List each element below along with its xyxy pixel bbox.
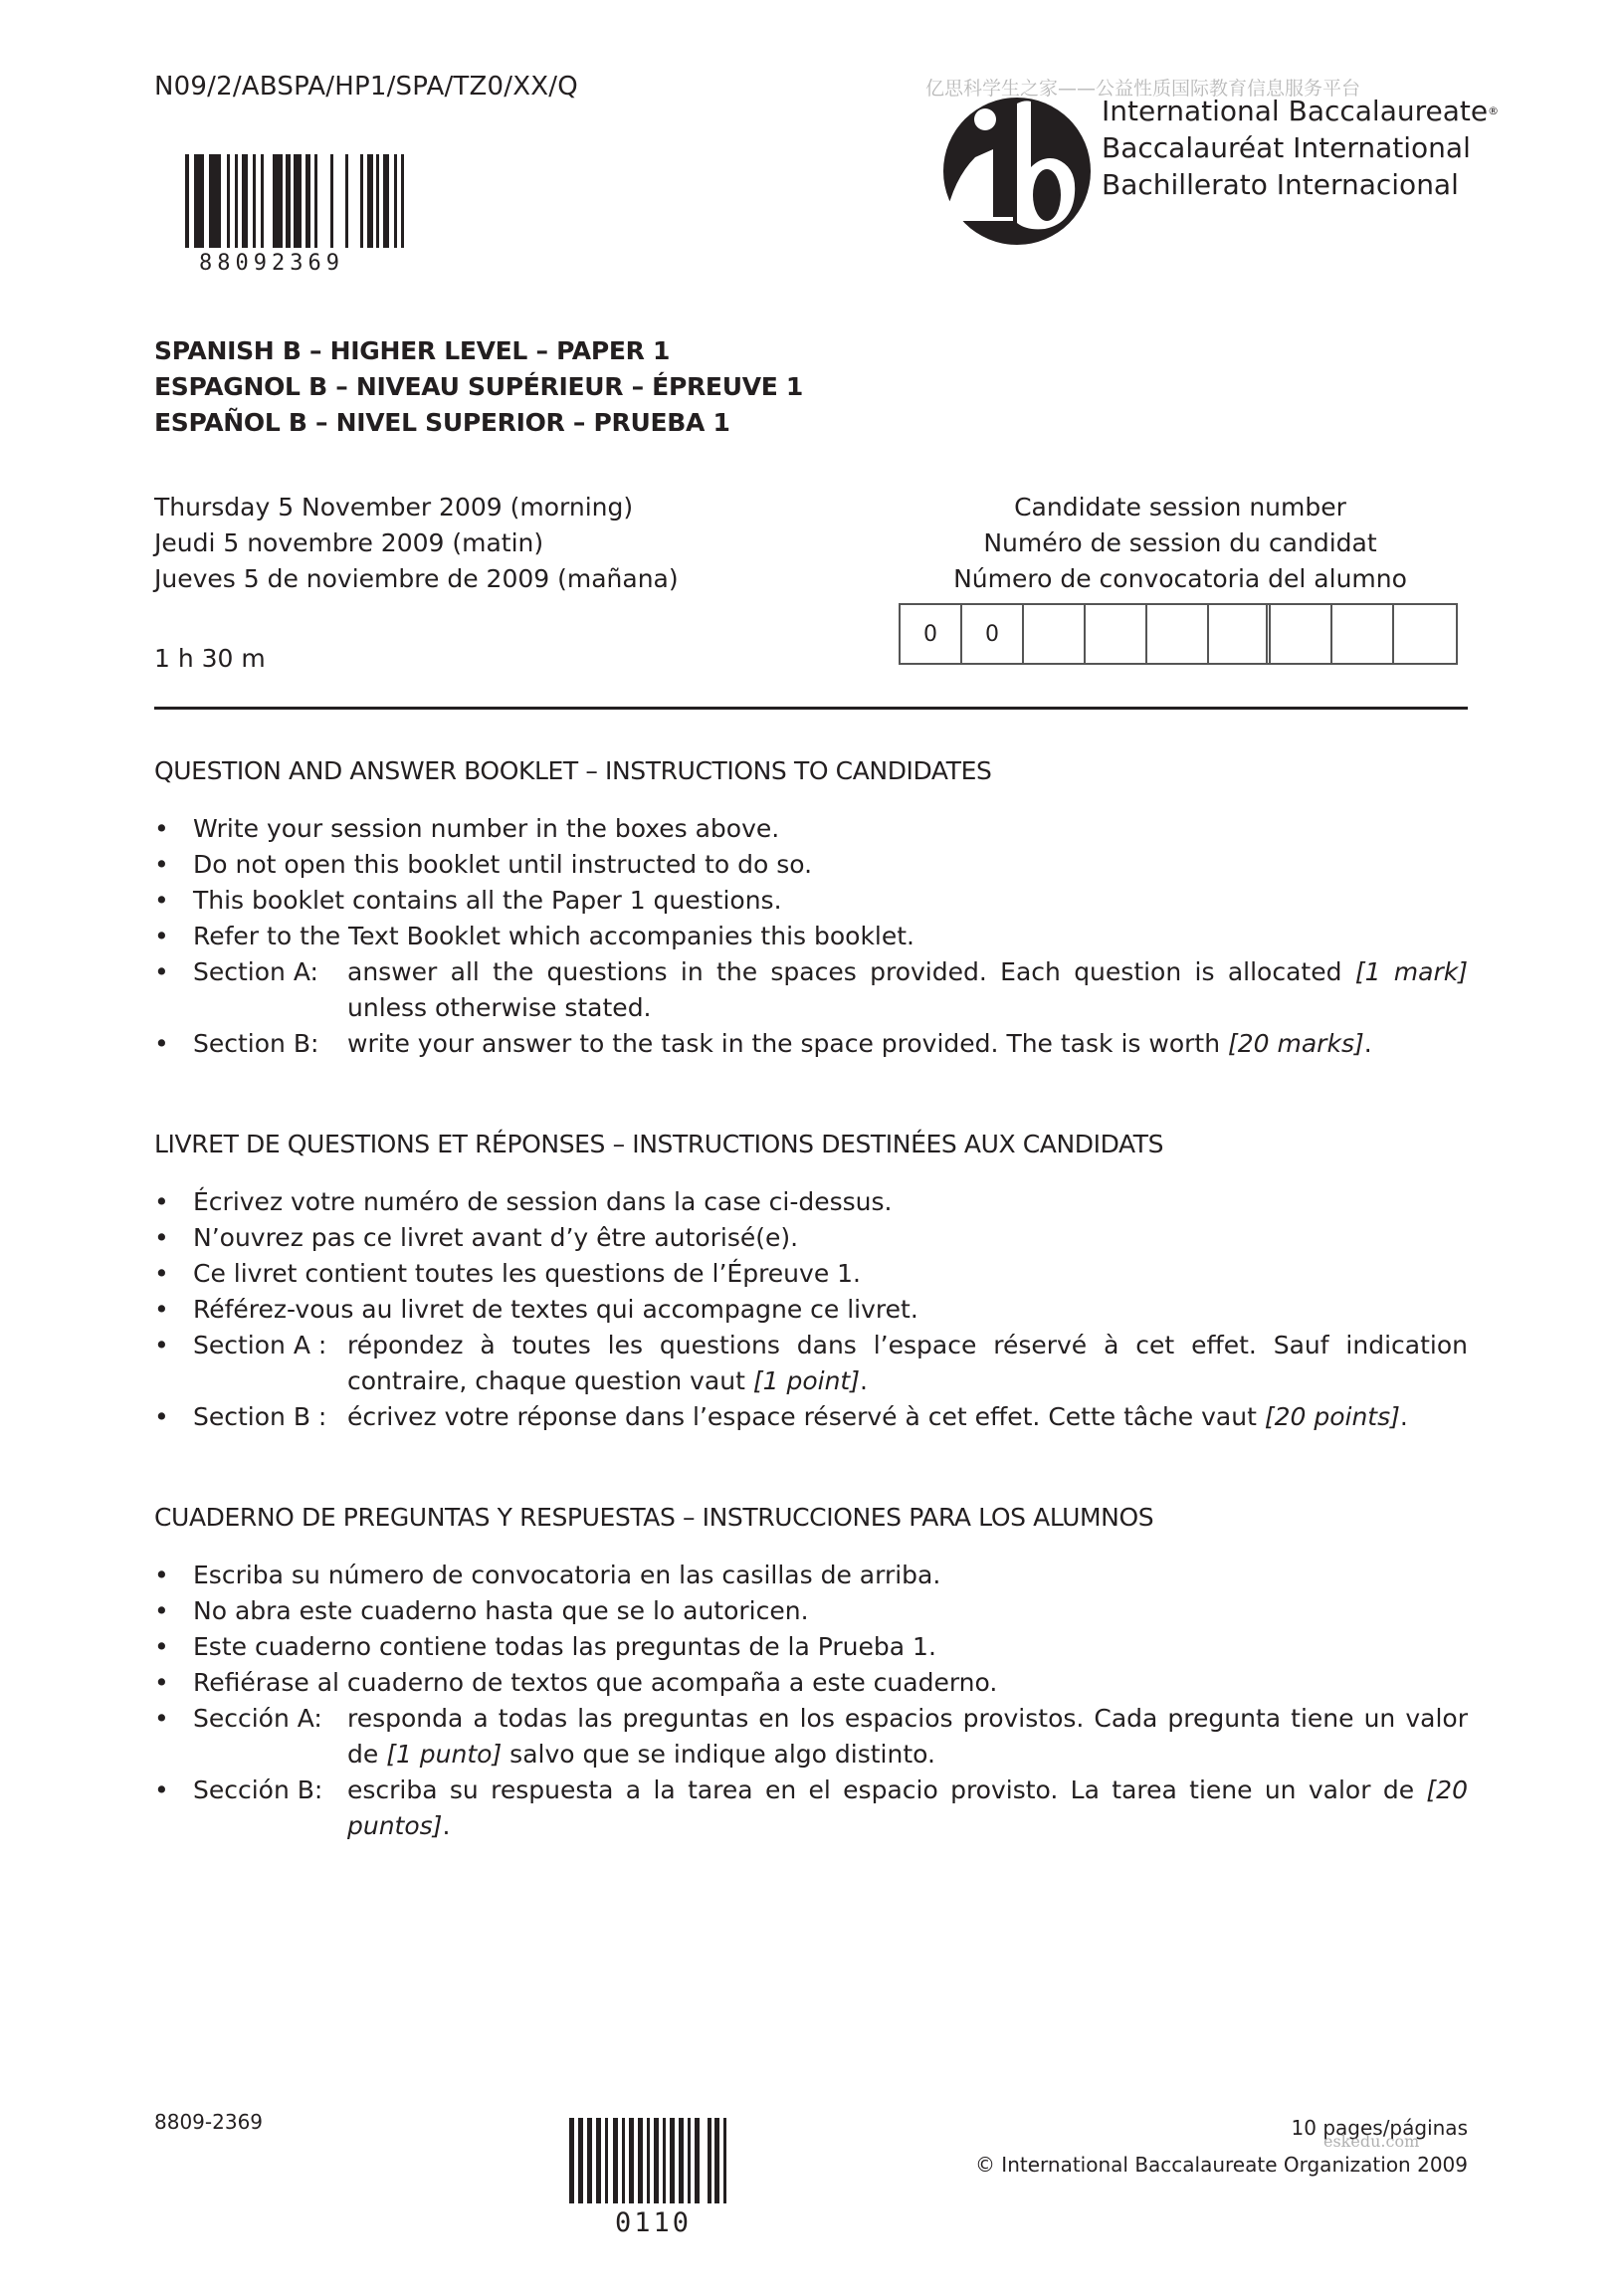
- bullet-icon: •: [154, 1399, 169, 1435]
- session-label-fr: Numéro de session du candidat: [899, 525, 1462, 561]
- list-item: •This booklet contains all the Paper 1 q…: [154, 883, 1468, 919]
- barcode-icon: [569, 2118, 750, 2203]
- item-text: N’ouvrez pas ce livret avant d’y être au…: [193, 1223, 798, 1252]
- session-digit-box[interactable]: [1147, 605, 1209, 663]
- item-text: No abra este cuaderno hasta que se lo au…: [193, 1596, 809, 1625]
- mark: [1 point]: [753, 1366, 860, 1395]
- section-b-label: Section B:: [193, 1026, 347, 1062]
- text: answer all the questions in the spaces p…: [347, 957, 1355, 986]
- session-number-labels: Candidate session number Numéro de sessi…: [899, 490, 1462, 597]
- bullet-icon: •: [154, 847, 169, 883]
- session-digit-box[interactable]: [1332, 605, 1394, 663]
- bullet-icon: •: [154, 1184, 169, 1220]
- session-digit-box[interactable]: [1086, 605, 1147, 663]
- list-item: •Refer to the Text Booklet which accompa…: [154, 919, 1468, 954]
- instructions-fr: LIVRET DE QUESTIONS ET RÉPONSES – INSTRU…: [154, 1130, 1468, 1435]
- section-heading: CUADERNO DE PREGUNTAS Y RESPUESTAS – INS…: [154, 1503, 1468, 1532]
- text: escriba su respuesta a la tarea en el es…: [347, 1775, 1426, 1804]
- list-item: • Sección B: escriba su respuesta a la t…: [154, 1773, 1468, 1844]
- bullet-icon: •: [154, 1292, 169, 1328]
- item-text: Escriba su número de convocatoria en las…: [193, 1561, 940, 1589]
- text: write your answer to the task in the spa…: [347, 1029, 1228, 1058]
- list-item: •Escriba su número de convocatoria en la…: [154, 1558, 1468, 1593]
- session-digit-box[interactable]: 0: [962, 605, 1024, 663]
- item-text: This booklet contains all the Paper 1 qu…: [193, 886, 782, 915]
- bullet-icon: •: [154, 1593, 169, 1629]
- session-digit-box[interactable]: [1394, 605, 1456, 663]
- item-text: Este cuaderno contiene todas las pregunt…: [193, 1632, 936, 1661]
- text: répondez à toutes les questions dans l’e…: [347, 1331, 1468, 1395]
- bullet-icon: •: [154, 1629, 169, 1665]
- section-a-text: responda a todas las preguntas en los es…: [347, 1701, 1468, 1773]
- item-text: Do not open this booklet until instructe…: [193, 850, 812, 879]
- text: salvo que se indique algo distinto.: [502, 1740, 935, 1769]
- divider: [154, 707, 1468, 710]
- bullet-icon: •: [154, 1328, 169, 1363]
- bullet-icon: •: [154, 954, 169, 990]
- date-es: Jueves 5 de noviembre de 2009 (mañana): [154, 561, 679, 597]
- bullet-icon: •: [154, 1256, 169, 1292]
- paper-code: N09/2/ABSPA/HP1/SPA/TZ0/XX/Q: [154, 72, 578, 102]
- text: écrivez votre réponse dans l’espace rése…: [347, 1402, 1265, 1431]
- title-en: SPANISH B – HIGHER LEVEL – PAPER 1: [154, 333, 803, 369]
- bullet-icon: •: [154, 1558, 169, 1593]
- title-fr: ESPAGNOL B – NIVEAU SUPÉRIEUR – ÉPREUVE …: [154, 369, 803, 405]
- mark: [20 marks]: [1228, 1029, 1364, 1058]
- bullet-icon: •: [154, 1701, 169, 1737]
- section-heading: QUESTION AND ANSWER BOOKLET – INSTRUCTIO…: [154, 756, 1468, 785]
- session-number-boxes: 0 0: [899, 603, 1458, 665]
- list-item: • Section B: write your answer to the ta…: [154, 1026, 1468, 1062]
- item-text: Écrivez votre numéro de session dans la …: [193, 1187, 893, 1216]
- item-text: Refiérase al cuaderno de textos que acom…: [193, 1668, 997, 1697]
- exam-duration: 1 h 30 m: [154, 644, 266, 673]
- title-es: ESPAÑOL B – NIVEL SUPERIOR – PRUEBA 1: [154, 405, 803, 441]
- section-heading: LIVRET DE QUESTIONS ET RÉPONSES – INSTRU…: [154, 1130, 1468, 1158]
- ib-logo-text: International Baccalaureate® Baccalauréa…: [1102, 93, 1499, 203]
- bullet-icon: •: [154, 1665, 169, 1701]
- barcode-icon: [185, 154, 432, 248]
- bullet-icon: •: [154, 919, 169, 954]
- logo-line-en: International Baccalaureate: [1102, 95, 1488, 127]
- list-item: •Este cuaderno contiene todas las pregun…: [154, 1629, 1468, 1665]
- section-a-label: Sección A:: [193, 1701, 347, 1773]
- list-item: •No abra este cuaderno hasta que se lo a…: [154, 1593, 1468, 1629]
- list-item: • Section A: answer all the questions in…: [154, 954, 1468, 1026]
- section-a-label: Section A :: [193, 1328, 347, 1399]
- list-item: • Sección A: responda a todas las pregun…: [154, 1701, 1468, 1773]
- section-b-text: write your answer to the task in the spa…: [347, 1026, 1468, 1062]
- session-label-es: Número de convocatoria del alumno: [899, 561, 1462, 597]
- session-label-en: Candidate session number: [899, 490, 1462, 525]
- bullet-icon: •: [154, 1220, 169, 1256]
- instructions-es: CUADERNO DE PREGUNTAS Y RESPUESTAS – INS…: [154, 1503, 1468, 1844]
- page-barcode-number: 0110: [615, 2207, 692, 2238]
- list-item: • Section A : répondez à toutes les ques…: [154, 1328, 1468, 1399]
- section-b-text: écrivez votre réponse dans l’espace rése…: [347, 1399, 1468, 1435]
- list-item: •Refiérase al cuaderno de textos que aco…: [154, 1665, 1468, 1701]
- bullet-icon: •: [154, 1026, 169, 1062]
- section-a-text: answer all the questions in the spaces p…: [347, 954, 1468, 1026]
- item-text: Refer to the Text Booklet which accompan…: [193, 922, 914, 950]
- bullet-icon: •: [154, 883, 169, 919]
- section-b-label: Sección B:: [193, 1773, 347, 1844]
- mark: [1 mark]: [1355, 957, 1468, 986]
- copyright: © International Baccalaureate Organizati…: [975, 2147, 1468, 2184]
- instructions-en: QUESTION AND ANSWER BOOKLET – INSTRUCTIO…: [154, 756, 1468, 1062]
- text: .: [1364, 1029, 1372, 1058]
- list-item: •N’ouvrez pas ce livret avant d’y être a…: [154, 1220, 1468, 1256]
- session-digit-box[interactable]: 0: [901, 605, 962, 663]
- section-a-text: répondez à toutes les questions dans l’e…: [347, 1328, 1468, 1399]
- mark: [1 punto]: [386, 1740, 502, 1769]
- text: .: [1400, 1402, 1408, 1431]
- mark: [20 points]: [1265, 1402, 1400, 1431]
- item-text: Ce livret contient toutes les questions …: [193, 1259, 861, 1288]
- section-b-label: Section B :: [193, 1399, 347, 1435]
- exam-titles: SPANISH B – HIGHER LEVEL – PAPER 1 ESPAG…: [154, 333, 803, 441]
- item-text: Référez-vous au livret de textes qui acc…: [193, 1295, 918, 1324]
- logo-line-es: Bachillerato Internacional: [1102, 166, 1499, 203]
- list-item: •Do not open this booklet until instruct…: [154, 847, 1468, 883]
- item-text: Write your session number in the boxes a…: [193, 814, 779, 843]
- ib-logo-icon: [935, 90, 1095, 249]
- section-b-text: escriba su respuesta a la tarea en el es…: [347, 1773, 1468, 1844]
- date-en: Thursday 5 November 2009 (morning): [154, 490, 679, 525]
- registered-mark: ®: [1488, 104, 1499, 117]
- logo-line-fr: Baccalauréat International: [1102, 129, 1499, 166]
- barcode-number: 88092369: [199, 251, 344, 276]
- document-number: 8809-2369: [154, 2110, 263, 2134]
- text: .: [442, 1811, 450, 1840]
- list-item: •Ce livret contient toutes les questions…: [154, 1256, 1468, 1292]
- text: unless otherwise stated.: [347, 993, 652, 1022]
- list-item: • Section B : écrivez votre réponse dans…: [154, 1399, 1468, 1435]
- session-digit-box[interactable]: [1271, 605, 1332, 663]
- section-a-label: Section A:: [193, 954, 347, 1026]
- bullet-icon: •: [154, 1773, 169, 1808]
- bullet-icon: •: [154, 811, 169, 847]
- session-digit-box[interactable]: [1209, 605, 1271, 663]
- list-item: •Write your session number in the boxes …: [154, 811, 1468, 847]
- session-digit-box[interactable]: [1024, 605, 1086, 663]
- list-item: •Référez-vous au livret de textes qui ac…: [154, 1292, 1468, 1328]
- watermark-bottom: eskedu.com: [1323, 2132, 1419, 2151]
- list-item: •Écrivez votre numéro de session dans la…: [154, 1184, 1468, 1220]
- text: .: [860, 1366, 868, 1395]
- exam-dates: Thursday 5 November 2009 (morning) Jeudi…: [154, 490, 679, 597]
- date-fr: Jeudi 5 novembre 2009 (matin): [154, 525, 679, 561]
